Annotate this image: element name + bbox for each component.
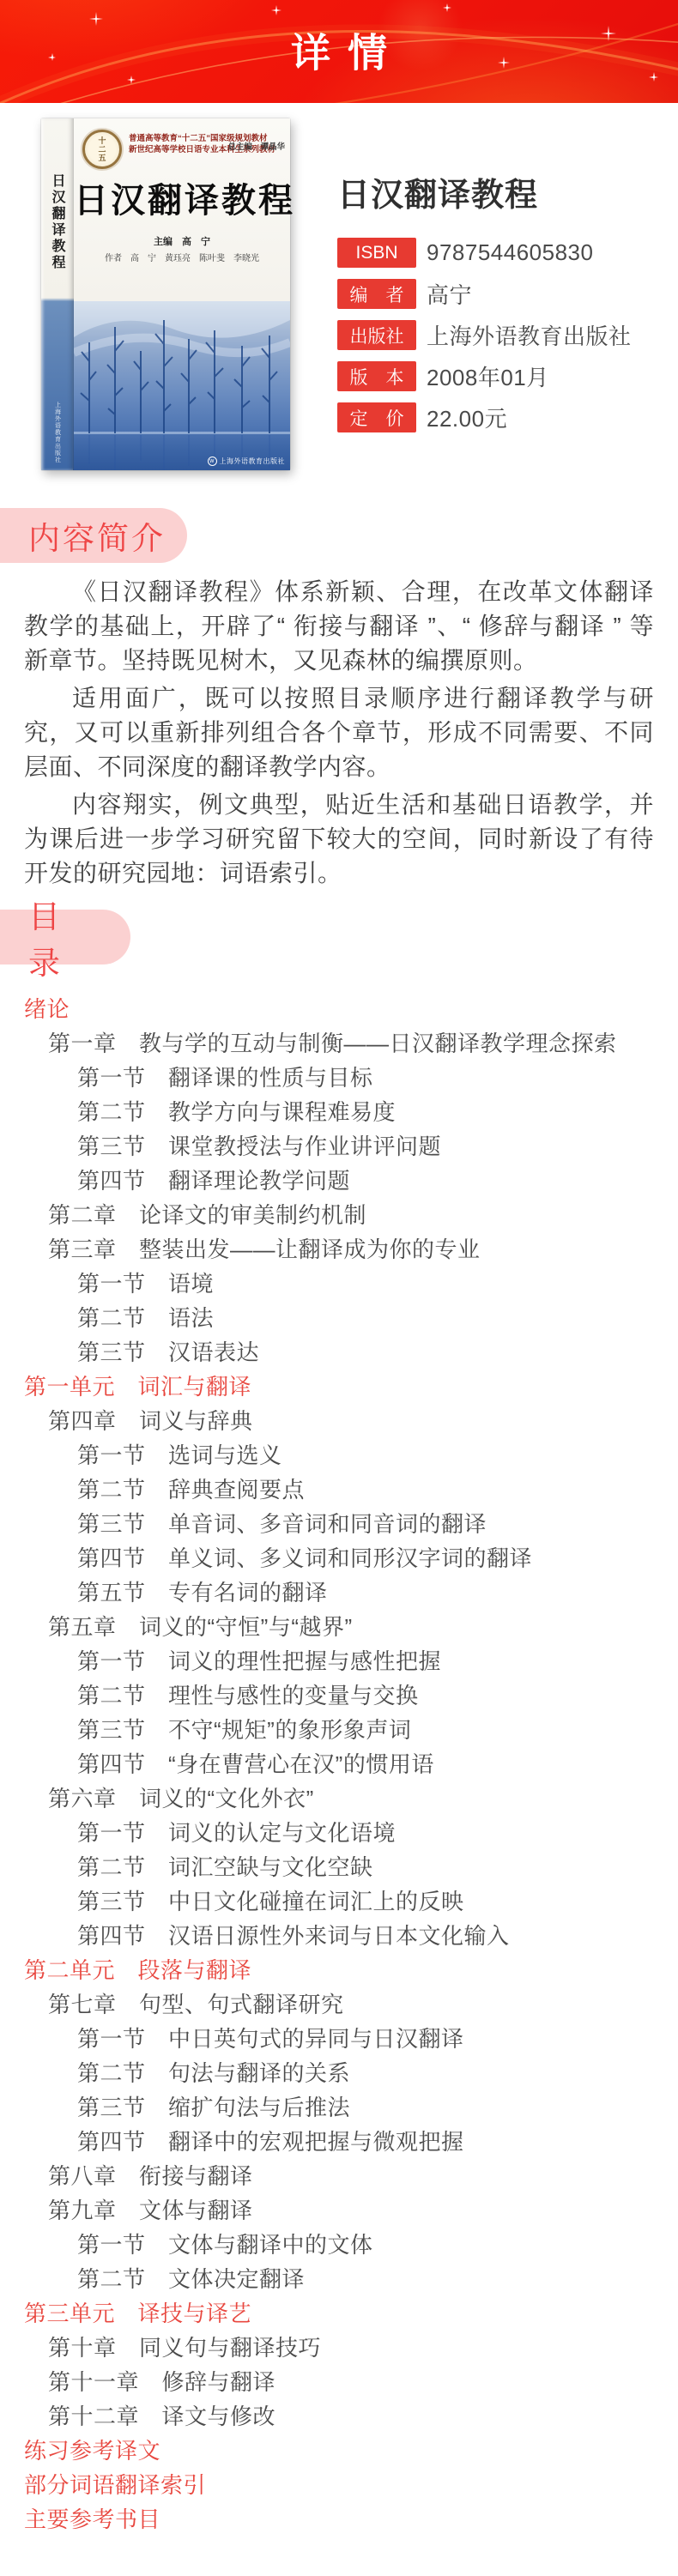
section-badge-toc: 目 录 — [0, 910, 130, 964]
cover-book-title: 日汉翻译教程 — [74, 173, 290, 222]
twelfth-five-seal-icon: 十二五 — [82, 130, 122, 169]
book-summary-section: 日汉翻译教程 上海外语教育出版社 十二五 普通高等教育“十二五”国家级规划教材 … — [0, 103, 678, 470]
field-label-badge: 定 价 — [337, 402, 416, 432]
table-of-contents: 绪论第一章 教与学的互动与制衡——日汉翻译教学理念探索第一节 翻译课的性质与目标… — [0, 992, 678, 2576]
toc-item: 第五章 词义的“守恒”与“越界” — [0, 1610, 678, 1644]
toc-item: 第十一章 修辞与翻译 — [0, 2365, 678, 2399]
cover-authors-line: 作者 高 宁 黄珏亮 陈叶斐 李晓光 — [74, 251, 290, 263]
toc-item: 第十章 同义句与翻译技巧 — [0, 2331, 678, 2365]
cover-publisher-name: 上海外语教育出版社 — [220, 457, 286, 466]
toc-item: 第四节 翻译理论教学问题 — [0, 1164, 678, 1198]
field-value: 高宁 — [427, 278, 472, 310]
toc-item: 第八章 衔接与翻译 — [0, 2159, 678, 2193]
toc-item: 第三节 中日文化碰撞在词汇上的反映 — [0, 1884, 678, 1919]
field-label-badge: 编 者 — [337, 279, 416, 309]
toc-item: 第四章 词义与辞典 — [0, 1404, 678, 1438]
book-spine: 日汉翻译教程 上海外语教育出版社 — [41, 118, 74, 470]
toc-item: 第四节 单义词、多义词和同形汉字词的翻译 — [0, 1541, 678, 1575]
book-field-row: 定 价 22.00元 — [337, 402, 632, 432]
bare-trees-illustration — [74, 301, 290, 470]
toc-item: 第二单元 段落与翻译 — [0, 1953, 678, 1987]
toc-item: 第九章 文体与翻译 — [0, 2193, 678, 2228]
toc-item: 第一节 词义的认定与文化语境 — [0, 1816, 678, 1850]
toc-item: 第十二章 译文与修改 — [0, 2399, 678, 2434]
toc-item: 第一章 教与学的互动与制衡——日汉翻译教学理念探索 — [0, 1026, 678, 1061]
field-label-badge: ISBN — [337, 238, 416, 268]
toc-item: 第三节 课堂教授法与作业讲评问题 — [0, 1129, 678, 1164]
toc-item: 第六章 词义的“文化外衣” — [0, 1781, 678, 1816]
toc-item: 第一节 文体与翻译中的文体 — [0, 2228, 678, 2262]
field-label-badge: 版 本 — [337, 361, 416, 391]
intro-paragraph: 内容翔实，例文典型，贴近生活和基础日语教学，并为课后进一步学习研究留下较大的空间… — [24, 788, 654, 891]
cover-editor-line: 主编 高 宁 — [74, 234, 290, 248]
field-label-badge: 出版社 — [337, 320, 416, 350]
book-field-row: 版 本 2008年01月 — [337, 361, 632, 391]
toc-item: 第七章 句型、句式翻译研究 — [0, 1987, 678, 2022]
chief-editor-line: 总主编 谭晶华 — [227, 140, 285, 152]
intro-paragraph: 适用面广，既可以按照目录顺序进行翻译教学与研究，又可以重新排列组合各个章节，形成… — [24, 681, 654, 784]
book-cover-image: 日汉翻译教程 上海外语教育出版社 十二五 普通高等教育“十二五”国家级规划教材 … — [41, 118, 290, 470]
toc-item: 第一单元 词汇与翻译 — [0, 1370, 678, 1404]
field-value: 22.00元 — [427, 402, 507, 433]
toc-item: 第三节 汉语表达 — [0, 1335, 678, 1370]
toc-item: 第一节 中日英句式的异同与日汉翻译 — [0, 2022, 678, 2056]
toc-item: 第二节 语法 — [0, 1301, 678, 1335]
cover-photo-winter-lake: w 上海外语教育出版社 — [74, 301, 290, 470]
book-field-row: ISBN 9787544605830 — [337, 238, 632, 268]
toc-item: 第四节 汉语日源性外来词与日本文化输入 — [0, 1919, 678, 1953]
toc-item: 第二节 词汇空缺与文化空缺 — [0, 1850, 678, 1884]
publisher-logo-icon: w — [208, 457, 217, 466]
cover-publisher-line: w 上海外语教育出版社 — [208, 457, 286, 466]
toc-item: 第二节 辞典查阅要点 — [0, 1472, 678, 1507]
intro-paragraphs: 《日汉翻译教程》体系新颖、合理，在改革文体翻译教学的基础上，开辟了“ 衔接与翻译… — [24, 575, 654, 891]
toc-item: 第二节 句法与翻译的关系 — [0, 2056, 678, 2090]
toc-item: 第一节 翻译课的性质与目标 — [0, 1061, 678, 1095]
sparkle-icon — [443, 3, 451, 12]
toc-item: 第三章 整装出发——让翻译成为你的专业 — [0, 1232, 678, 1267]
toc-item: 第二节 理性与感性的变量与交换 — [0, 1678, 678, 1713]
book-field-row: 出版社 上海外语教育出版社 — [337, 320, 632, 350]
toc-item: 第一节 词义的理性把握与感性把握 — [0, 1644, 678, 1678]
book-fields: ISBN 9787544605830 编 者 高宁 出版社 上海外语教育出版社 … — [337, 238, 632, 432]
book-info-column: 日汉翻译教程 ISBN 9787544605830 编 者 高宁 出版社 上海外… — [290, 118, 632, 470]
book-detail-page: 详情 日汉翻译教程 上海外语教育出版社 十二五 普通高等教育“十二五”国家级规划… — [0, 0, 678, 2576]
detail-banner: 详情 — [0, 0, 678, 103]
toc-item: 第二节 教学方向与课程难易度 — [0, 1095, 678, 1129]
cover-top-area: 十二五 普通高等教育“十二五”国家级规划教材 新世纪高等学校日语专业本科生系列教… — [74, 118, 290, 301]
toc-item: 主要参考书目 — [0, 2502, 678, 2537]
toc-item: 第四节 翻译中的宏观把握与微观把握 — [0, 2125, 678, 2159]
field-value: 上海外语教育出版社 — [427, 319, 632, 351]
field-value: 2008年01月 — [427, 360, 549, 392]
toc-item: 第四节 “身在曹营心在汉”的惯用语 — [0, 1747, 678, 1781]
book-field-row: 编 者 高宁 — [337, 279, 632, 309]
toc-item: 第五节 专有名词的翻译 — [0, 1575, 678, 1610]
intro-paragraph: 《日汉翻译教程》体系新颖、合理，在改革文体翻译教学的基础上，开辟了“ 衔接与翻译… — [24, 575, 654, 678]
toc-item: 第三节 不守“规矩”的象形象声词 — [0, 1713, 678, 1747]
toc-item: 第二章 论译文的审美制约机制 — [0, 1198, 678, 1232]
toc-item: 第二节 文体决定翻译 — [0, 2262, 678, 2296]
book-title: 日汉翻译教程 — [337, 168, 632, 215]
sparkle-icon — [271, 5, 281, 15]
toc-item: 第一节 语境 — [0, 1267, 678, 1301]
field-value: 9787544605830 — [427, 239, 593, 266]
toc-item: 绪论 — [0, 992, 678, 1026]
toc-item: 第一节 选词与选义 — [0, 1438, 678, 1472]
toc-item: 第三节 缩扩句法与后推法 — [0, 2090, 678, 2125]
toc-item: 第三节 单音词、多音词和同音词的翻译 — [0, 1507, 678, 1541]
toc-item: 部分词语翻译索引 — [0, 2468, 678, 2502]
section-badge-intro: 内容简介 — [0, 508, 187, 563]
spine-publisher: 上海外语教育出版社 — [53, 402, 62, 463]
page-title: 详情 — [0, 22, 678, 79]
spine-title: 日汉翻译教程 — [47, 173, 67, 271]
book-cover-front: 十二五 普通高等教育“十二五”国家级规划教材 新世纪高等学校日语专业本科生系列教… — [74, 118, 290, 470]
toc-item: 练习参考译文 — [0, 2434, 678, 2468]
toc-item: 第三单元 译技与译艺 — [0, 2296, 678, 2331]
